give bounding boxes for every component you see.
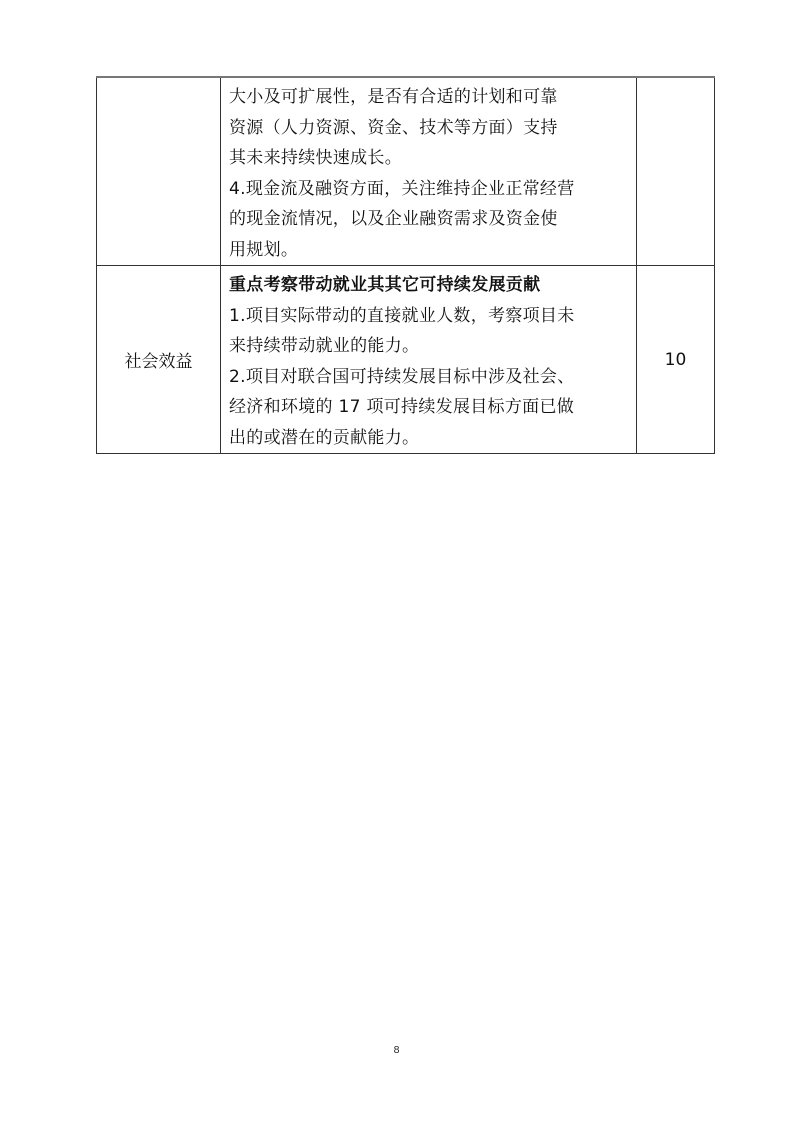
criteria-content-cell: 大小及可扩展性，是否有合适的计划和可靠 资源（人力资源、资金、技术等方面）支持 … [221,77,637,266]
criteria-heading: 重点考察带动就业其其它可持续发展贡献 [229,270,628,301]
content-line: 来持续带动就业的能力。 [229,331,628,362]
content-line: 经济和环境的 17 项可持续发展目标方面已做 [229,392,628,423]
content-line: 其未来持续快速成长。 [229,143,628,174]
score-cell [637,77,715,266]
content-line: 用规划。 [229,235,628,266]
content-line: 资源（人力资源、资金、技术等方面）支持 [229,113,628,144]
content-line: 的现金流情况，以及企业融资需求及资金使 [229,204,628,235]
criteria-content-cell: 重点考察带动就业其其它可持续发展贡献 1.项目实际带动的直接就业人数，考察项目未… [221,266,637,454]
page-number: 8 [0,1045,793,1056]
content-line: 4.现金流及融资方面，关注维持企业正常经营 [229,174,628,205]
table-row: 社会效益 重点考察带动就业其其它可持续发展贡献 1.项目实际带动的直接就业人数，… [97,266,715,454]
table-row: 大小及可扩展性，是否有合适的计划和可靠 资源（人力资源、资金、技术等方面）支持 … [97,77,715,266]
content-line: 1.项目实际带动的直接就业人数，考察项目未 [229,301,628,332]
content-line: 出的或潜在的贡献能力。 [229,423,628,454]
evaluation-criteria-table: 大小及可扩展性，是否有合适的计划和可靠 资源（人力资源、资金、技术等方面）支持 … [96,76,715,454]
content-line: 2.项目对联合国可持续发展目标中涉及社会、 [229,362,628,393]
category-cell [97,77,221,266]
category-cell: 社会效益 [97,266,221,454]
score-cell: 10 [637,266,715,454]
content-line: 大小及可扩展性，是否有合适的计划和可靠 [229,82,628,113]
